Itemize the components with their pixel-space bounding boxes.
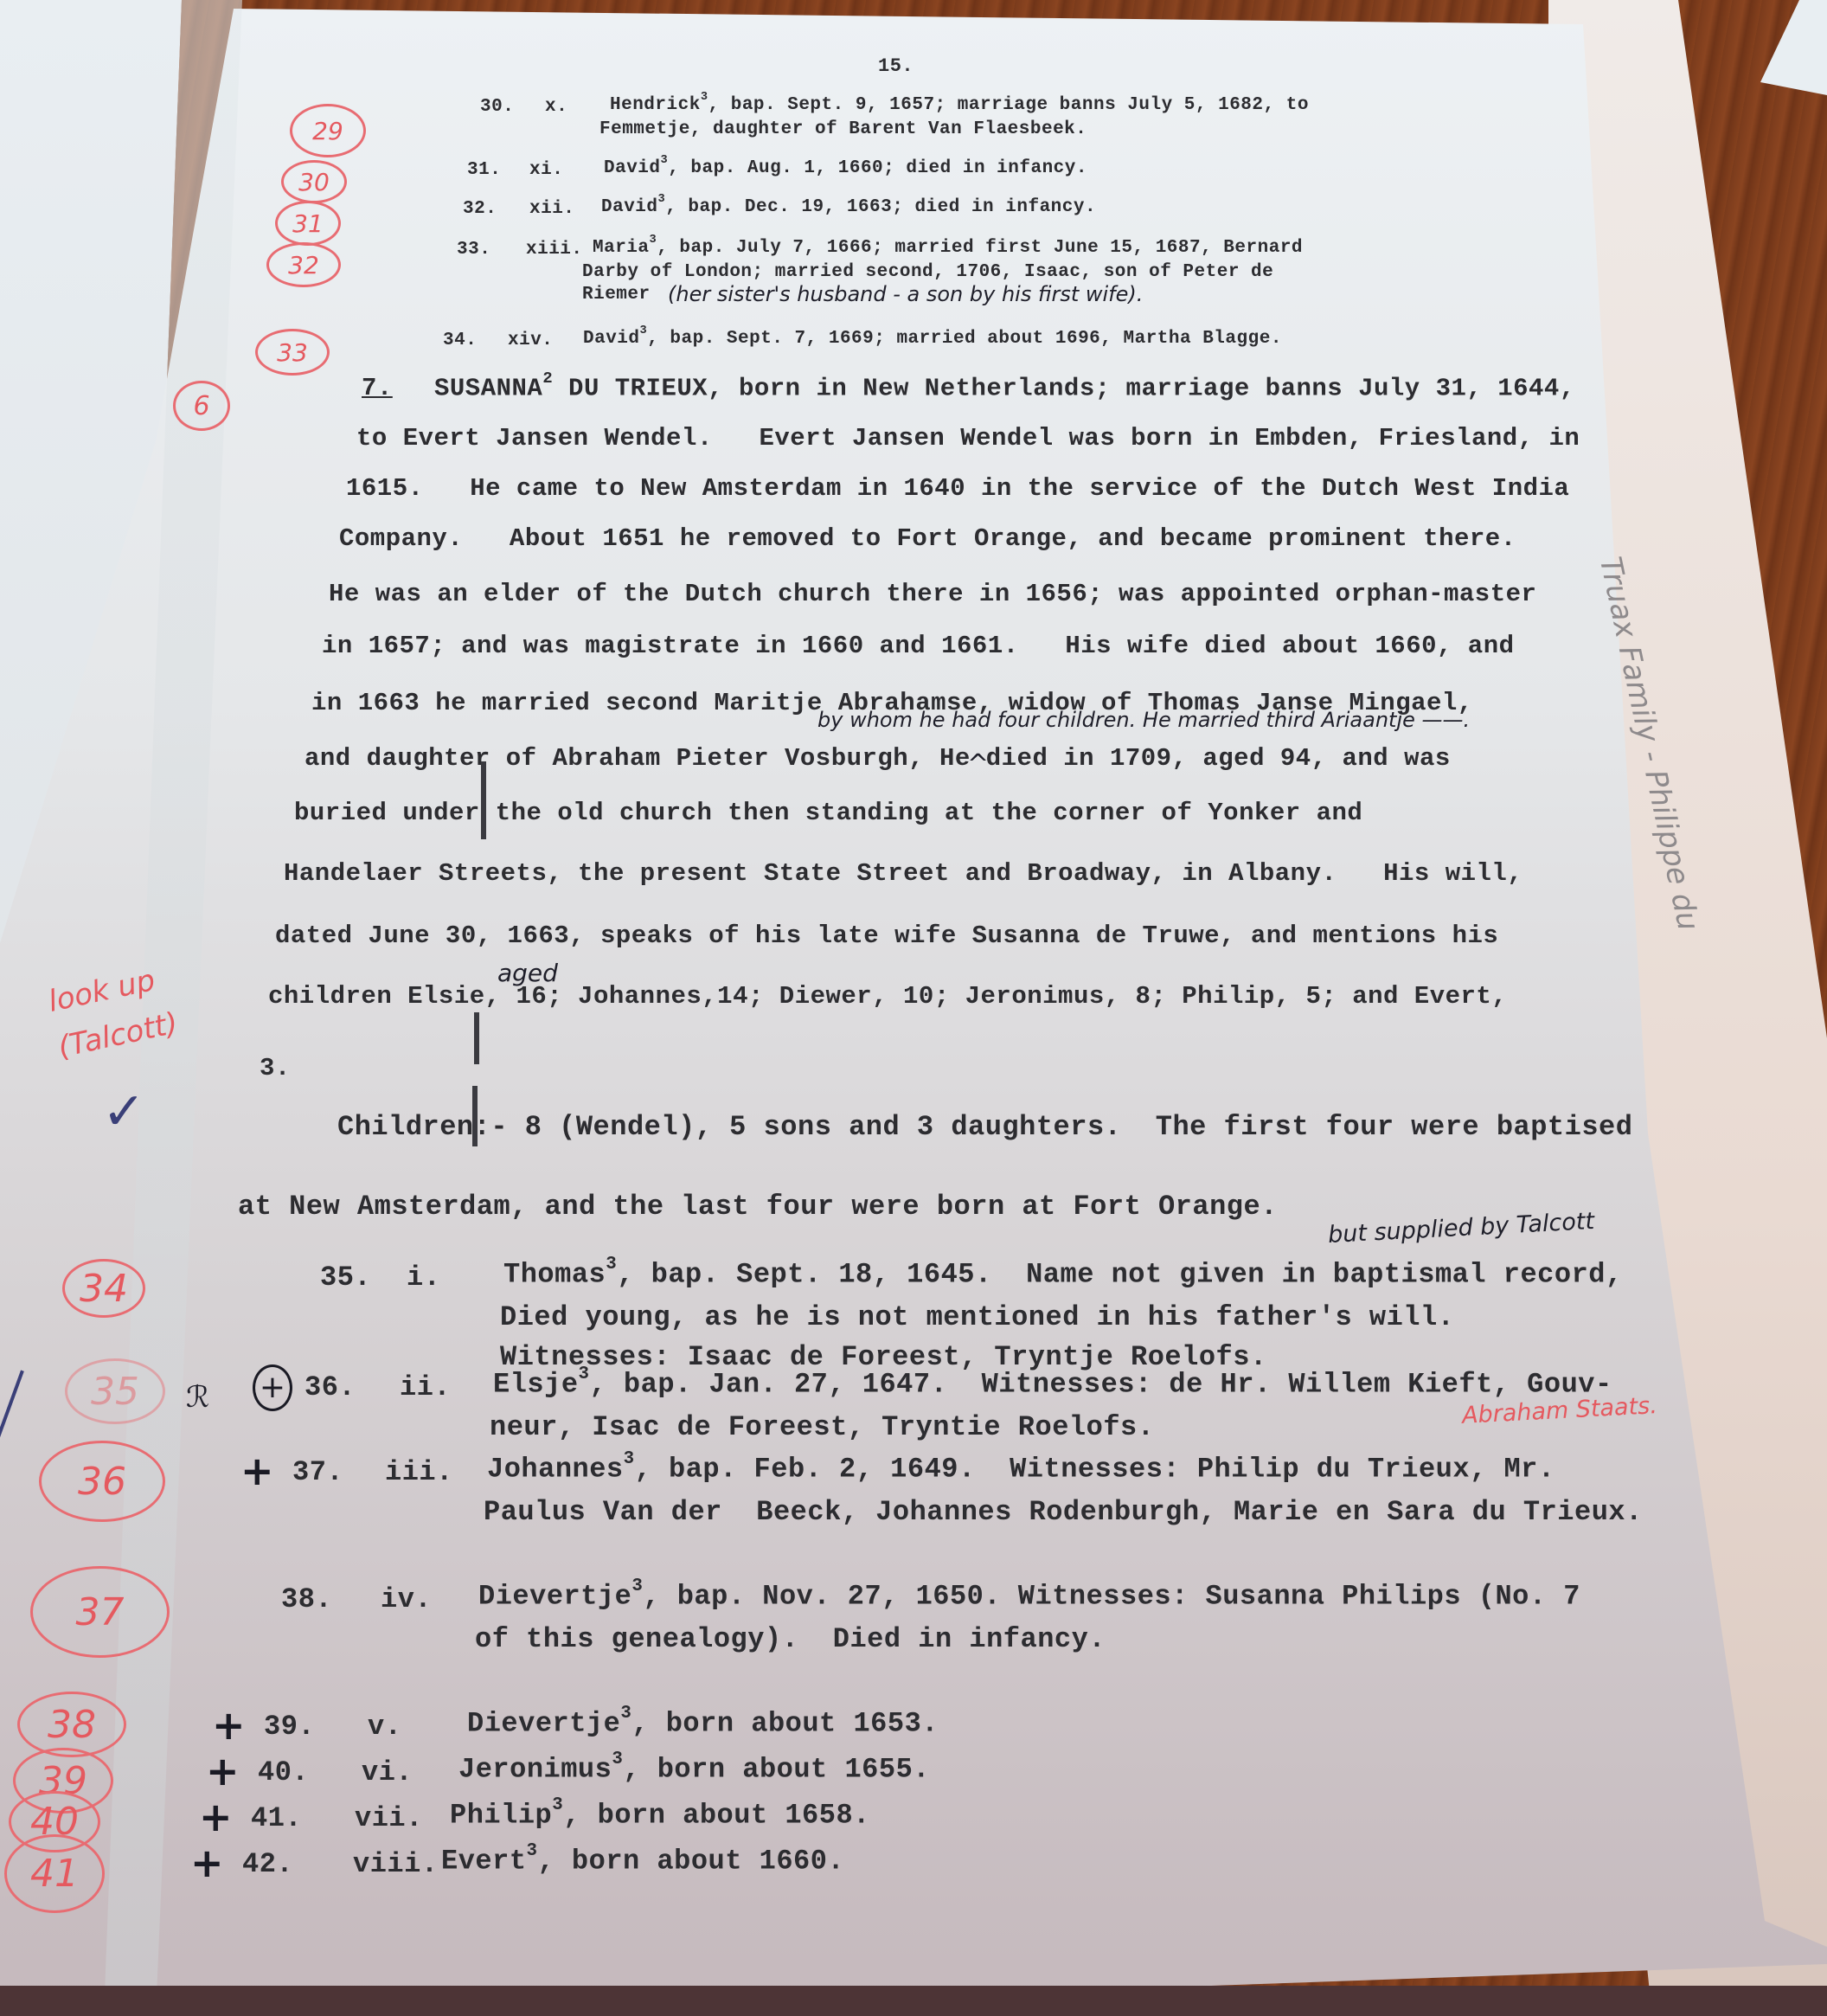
plus-mark-icon: + xyxy=(240,1451,274,1491)
child-roman: i. xyxy=(407,1262,440,1294)
generation-sup: 3 xyxy=(620,1704,631,1724)
child-detail: , bap. Nov. 27, 1650. Witnesses: Susanna… xyxy=(643,1581,1580,1613)
entry-text: David3, bap. Dec. 19, 1663; died in infa… xyxy=(601,196,1096,217)
insert-caret: ^ xyxy=(967,749,989,780)
child-roman: viii. xyxy=(353,1848,439,1880)
generation-sup: 3 xyxy=(527,1841,538,1861)
body-line: He was an elder of the Dutch church ther… xyxy=(329,580,1536,608)
generation-sup: 3 xyxy=(612,1750,623,1769)
entry-roman: x. xyxy=(545,97,567,117)
entry-roman: xiii. xyxy=(526,240,583,260)
child-name: Jeronimus xyxy=(458,1754,612,1786)
page-bottom-shadow xyxy=(0,1986,1827,2016)
annotation-riemer: (her sister's husband - a son by his fir… xyxy=(668,282,1143,306)
child-text: Dievertje3, born about 1653. xyxy=(467,1707,939,1740)
generation-sup: 3 xyxy=(658,193,666,206)
child-continuation: neur, Isac de Foreest, Tryntie Roelofs. xyxy=(490,1411,1154,1443)
heading-sup: 2 xyxy=(542,369,553,388)
margin-circle-6: 6 xyxy=(173,381,230,431)
body-line: buried under the old church then standin… xyxy=(294,799,1362,827)
entry-text: Hendrick3, bap. Sept. 9, 1657; marriage … xyxy=(610,93,1309,115)
child-text: Philip3, born about 1658. xyxy=(450,1799,870,1832)
margin-circle: 32 xyxy=(266,242,341,287)
insert-vosburgh: by whom he had four children. He married… xyxy=(817,708,1470,732)
child-number: 39. xyxy=(264,1711,315,1743)
margin-number: 6 xyxy=(193,391,209,421)
entry-number: 33. xyxy=(457,240,490,260)
generation-sup: 3 xyxy=(606,1255,617,1274)
entry-name: David xyxy=(583,329,640,349)
generation-sup: 3 xyxy=(552,1795,563,1815)
entry-name: Hendrick xyxy=(610,95,701,115)
margin-number: 36 xyxy=(78,1460,126,1504)
child-number: 40. xyxy=(258,1756,309,1788)
margin-circle: 37 xyxy=(30,1566,170,1658)
child-name: Dievertje xyxy=(478,1581,631,1613)
child-roman: ii. xyxy=(400,1371,451,1403)
margin-initials: ℛ xyxy=(186,1380,209,1415)
plus-mark-icon: + xyxy=(190,1843,224,1883)
summary-line: Children:- 8 (Wendel), 5 sons and 3 daug… xyxy=(337,1111,1632,1143)
margin-bracket xyxy=(481,761,486,839)
margin-circle: 34 xyxy=(62,1259,145,1318)
summary-line: at New Amsterdam, and the last four were… xyxy=(238,1191,1278,1223)
entry-detail: , bap. Sept. 9, 1657; marriage banns Jul… xyxy=(708,95,1309,115)
generation-sup: 3 xyxy=(661,154,669,167)
child-roman: iv. xyxy=(381,1583,432,1615)
plus-mark-icon: + xyxy=(206,1751,240,1791)
entry-name: David xyxy=(604,158,661,178)
child-detail: , born about 1660. xyxy=(538,1846,845,1878)
margin-number: 33 xyxy=(277,338,308,367)
child-continuation: of this genealogy). Died in infancy. xyxy=(475,1623,1106,1655)
generation-sup: 3 xyxy=(701,91,708,104)
child-text: Jeronimus3, born about 1655. xyxy=(458,1753,930,1786)
section-number: 7. xyxy=(362,374,393,402)
entry-continuation: Femmetje, daughter of Barent Van Flaesbe… xyxy=(599,119,1087,139)
child-roman: vii. xyxy=(355,1802,423,1834)
child-number: 36. xyxy=(304,1371,356,1403)
entry-number: 32. xyxy=(463,199,497,219)
body-line: in 1657; and was magistrate in 1660 and … xyxy=(322,632,1515,660)
insert-aged: aged xyxy=(497,959,558,987)
child-detail: , born about 1655. xyxy=(623,1754,930,1786)
page-number: 15. xyxy=(878,55,913,77)
entry-number: 31. xyxy=(467,160,501,180)
generation-sup: 3 xyxy=(631,1576,643,1596)
section-heading: SUSANNA2 DU TRIEUX, born in New Netherla… xyxy=(434,372,1575,403)
entry-detail: , bap. Sept. 7, 1669; married about 1696… xyxy=(647,329,1282,349)
circled-plus-icon: + xyxy=(253,1364,292,1411)
margin-circle: 29 xyxy=(290,104,366,157)
child-detail: , bap. Jan. 27, 1647. Witnesses: de Hr. … xyxy=(590,1369,1612,1401)
child-name: Evert xyxy=(441,1846,527,1878)
margin-circle: 35 xyxy=(65,1358,165,1424)
entry-text: Maria3, bap. July 7, 1666; married first… xyxy=(593,236,1303,258)
body-line: to Evert Jansen Wendel. Evert Jansen Wen… xyxy=(356,424,1580,453)
check-mark-icon: ✓ xyxy=(102,1082,145,1142)
generation-sup: 3 xyxy=(650,234,657,247)
child-name: Elsje xyxy=(493,1369,579,1401)
margin-number: 31 xyxy=(292,209,324,238)
margin-number: 34 xyxy=(80,1267,128,1311)
margin-number: 38 xyxy=(48,1703,96,1747)
entry-detail: , bap. July 7, 1666; married first June … xyxy=(657,238,1303,258)
generation-sup: 3 xyxy=(624,1449,635,1469)
entry-text: David3, bap. Sept. 7, 1669; married abou… xyxy=(583,327,1282,349)
margin-number: 30 xyxy=(298,168,330,196)
child-text: Dievertje3, bap. Nov. 27, 1650. Witnesse… xyxy=(478,1580,1580,1613)
entry-text: David3, bap. Aug. 1, 1660; died in infan… xyxy=(604,157,1087,178)
margin-circle: 33 xyxy=(255,329,330,376)
entry-roman: xiv. xyxy=(508,331,553,350)
child-text: Johannes3, bap. Feb. 2, 1649. Witnesses:… xyxy=(487,1453,1555,1486)
entry-roman: xi. xyxy=(529,160,563,180)
child-number: 37. xyxy=(292,1456,343,1488)
margin-circle: 31 xyxy=(275,201,341,246)
entry-detail: , bap. Aug. 1, 1660; died in infancy. xyxy=(668,158,1087,178)
child-name: Thomas xyxy=(503,1259,606,1291)
child-number: 38. xyxy=(281,1583,332,1615)
body-line: children Elsie, 16; Johannes,14; Diewer,… xyxy=(268,982,1507,1011)
entry-roman: xii. xyxy=(529,199,574,219)
margin-number: 29 xyxy=(312,117,343,145)
body-line: 3. xyxy=(260,1054,291,1082)
margin-number: 32 xyxy=(288,251,319,279)
child-roman: v. xyxy=(368,1711,401,1743)
child-roman: iii. xyxy=(385,1456,453,1488)
entry-number: 30. xyxy=(480,97,514,117)
child-detail: , bap. Sept. 18, 1645. Name not given in… xyxy=(617,1259,1622,1291)
child-text: Thomas3, bap. Sept. 18, 1645. Name not g… xyxy=(503,1258,1623,1291)
entry-number: 34. xyxy=(443,331,477,350)
child-name: Johannes xyxy=(487,1454,624,1486)
heading-name: SUSANNA xyxy=(434,375,542,403)
child-number: 42. xyxy=(242,1848,293,1880)
body-line: 1615. He came to New Amsterdam in 1640 i… xyxy=(346,474,1569,503)
child-text: Elsje3, bap. Jan. 27, 1647. Witnesses: d… xyxy=(493,1368,1612,1401)
body-line-tail: He died in 1709, aged 94, and was xyxy=(924,744,1451,773)
entry-continuation: Riemer xyxy=(582,285,651,305)
margin-circle: 36 xyxy=(39,1441,165,1522)
generation-sup: 3 xyxy=(640,324,648,337)
margin-circle: 30 xyxy=(281,160,347,203)
generation-sup: 3 xyxy=(579,1364,590,1384)
entry-continuation: Darby of London; married second, 1706, I… xyxy=(582,262,1273,282)
body-line: and daughter of Abraham Pieter Vosburgh,… xyxy=(304,744,1451,773)
body-line: Handelaer Streets, the present State Str… xyxy=(284,859,1522,888)
child-detail: , born about 1653. xyxy=(631,1708,939,1740)
child-continuation: Died young, as he is not mentioned in hi… xyxy=(500,1301,1454,1333)
entry-name: David xyxy=(601,197,658,217)
margin-number: 35 xyxy=(91,1370,139,1414)
margin-circle: 41 xyxy=(4,1834,105,1913)
entry-detail: , bap. Dec. 19, 1663; died in infancy. xyxy=(665,197,1096,217)
child-detail: , bap. Feb. 2, 1649. Witnesses: Philip d… xyxy=(635,1454,1555,1486)
child-name: Philip xyxy=(450,1800,552,1832)
body-line: Company. About 1651 he removed to Fort O… xyxy=(339,524,1516,553)
margin-bracket xyxy=(474,1012,479,1064)
plus-mark-icon: + xyxy=(212,1705,246,1745)
plus-mark-icon: + xyxy=(199,1797,233,1837)
heading-text: DU TRIEUX, born in New Netherlands; marr… xyxy=(553,375,1575,403)
child-detail: , born about 1658. xyxy=(563,1800,870,1832)
margin-number: 41 xyxy=(30,1852,79,1896)
child-number: 35. xyxy=(320,1262,371,1294)
margin-number: 37 xyxy=(76,1590,125,1634)
child-text: Evert3, born about 1660. xyxy=(441,1845,844,1878)
child-roman: vi. xyxy=(362,1756,413,1788)
body-line: dated June 30, 1663, speaks of his late … xyxy=(275,921,1498,950)
entry-name: Maria xyxy=(593,238,650,258)
child-continuation: Paulus Van der Beeck, Johannes Rodenburg… xyxy=(484,1496,1643,1528)
child-number: 41. xyxy=(251,1802,302,1834)
child-name: Dievertje xyxy=(467,1708,620,1740)
